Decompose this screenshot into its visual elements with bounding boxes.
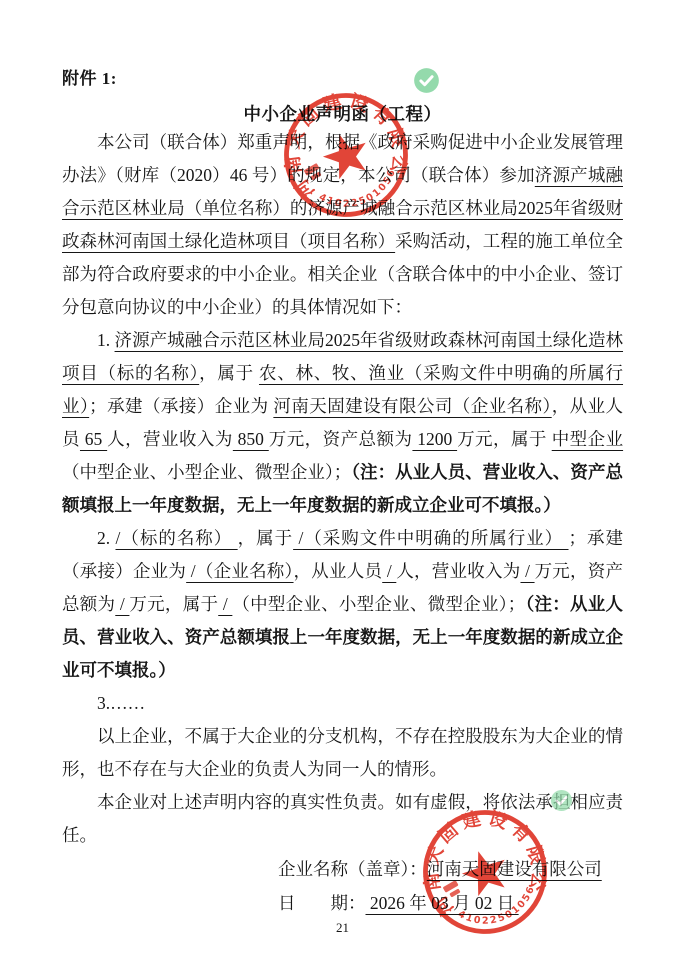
text-segment: 万元，资产总额为 xyxy=(269,429,413,449)
text-segment: 人，营业收入为 xyxy=(396,561,520,581)
signature-date-label: 日 期： xyxy=(278,893,366,913)
text-segment: 65 xyxy=(80,429,107,449)
text-segment: 以上企业，不属于大企业的分支机构，不存在控股股东为大企业的情形，也不存在与大企业… xyxy=(62,726,623,779)
paragraph-item-2: 2. /（标的名称） ，属于 /（采购文件中明确的所属行业） ；承建（承接）企业… xyxy=(62,522,623,687)
text-segment: 中型企业 xyxy=(552,429,623,449)
paragraph-branch-statement: 以上企业，不属于大企业的分支机构，不存在控股股东为大企业的情形，也不存在与大企业… xyxy=(62,720,623,786)
attachment-label: 附件 1: xyxy=(62,64,117,89)
text-segment: （中型企业、小型企业、微型企业）； xyxy=(62,462,351,482)
signature-block: 企业名称（盖章）：河南天固建设有限公司 日 期： 2026 年 03 月 02 … xyxy=(62,853,623,920)
paragraph-intro: 本公司（联合体）郑重声明，根据《政府采购促进中小企业发展管理办法》（财库（202… xyxy=(62,126,623,324)
document-body: 本公司（联合体）郑重声明，根据《政府采购促进中小企业发展管理办法》（财库（202… xyxy=(62,126,623,920)
signature-company-row: 企业名称（盖章）：河南天固建设有限公司 xyxy=(278,853,623,887)
paragraph-item-1: 1. 济源产城融合示范区林业局2025年省级财政森林河南国土绿化造林项目（标的名… xyxy=(62,324,623,522)
text-segment: /（标的名称） xyxy=(116,528,238,548)
text-segment: / xyxy=(382,561,396,581)
text-segment: 本企业对上述声明内容的真实性负责。如有虚假，将依法承担相应责任。 xyxy=(62,792,623,845)
text-segment: /（企业名称） xyxy=(186,561,293,581)
text-segment: 万元，属于 xyxy=(457,429,552,449)
text-segment: / xyxy=(218,594,232,614)
text-segment: ，属于 xyxy=(238,528,293,548)
text-segment: / xyxy=(115,594,129,614)
text-segment: 1200 xyxy=(412,429,457,449)
paragraph-item-3: 3.…… xyxy=(62,687,623,720)
signature-date-row: 日 期： 2026 年 03 月 02 日 xyxy=(278,887,623,921)
document-page: 附件 1: 中小企业声明函（工程） 本公司（联合体）郑重声明，根据《政府采购促进… xyxy=(0,0,685,956)
text-segment: ；承建（承接）企业为 xyxy=(89,396,273,416)
signature-date-value: 2026 年 03 月 02 日 xyxy=(366,893,519,913)
text-segment: 万元，属于 xyxy=(129,594,218,614)
text-segment: 1. xyxy=(97,330,115,350)
text-segment: ，从业人员 xyxy=(294,561,383,581)
text-segment: 河南天固建设有限公司（企业名称） xyxy=(273,396,551,416)
document-title: 中小企业声明函（工程） xyxy=(0,101,685,126)
paragraph-liability-statement: 本企业对上述声明内容的真实性负责。如有虚假，将依法承担相应责任。 xyxy=(62,786,623,852)
text-segment: 850 xyxy=(233,429,269,449)
signature-company-label: 企业名称（盖章）： xyxy=(278,859,427,879)
text-segment: （中型企业、小型企业、微型企业）； xyxy=(232,594,525,614)
text-segment: / xyxy=(520,561,534,581)
text-segment: /（采购文件中明确的所属行业） xyxy=(293,528,568,548)
text-segment: 3.…… xyxy=(97,693,145,713)
signature-company-value: 河南天固建设有限公司 xyxy=(427,859,602,879)
verified-check-icon xyxy=(413,67,440,94)
page-number: 21 xyxy=(0,920,685,936)
text-segment: 2. xyxy=(97,528,116,548)
text-segment: ，属于 xyxy=(199,363,259,383)
text-segment: 人，营业收入为 xyxy=(107,429,233,449)
